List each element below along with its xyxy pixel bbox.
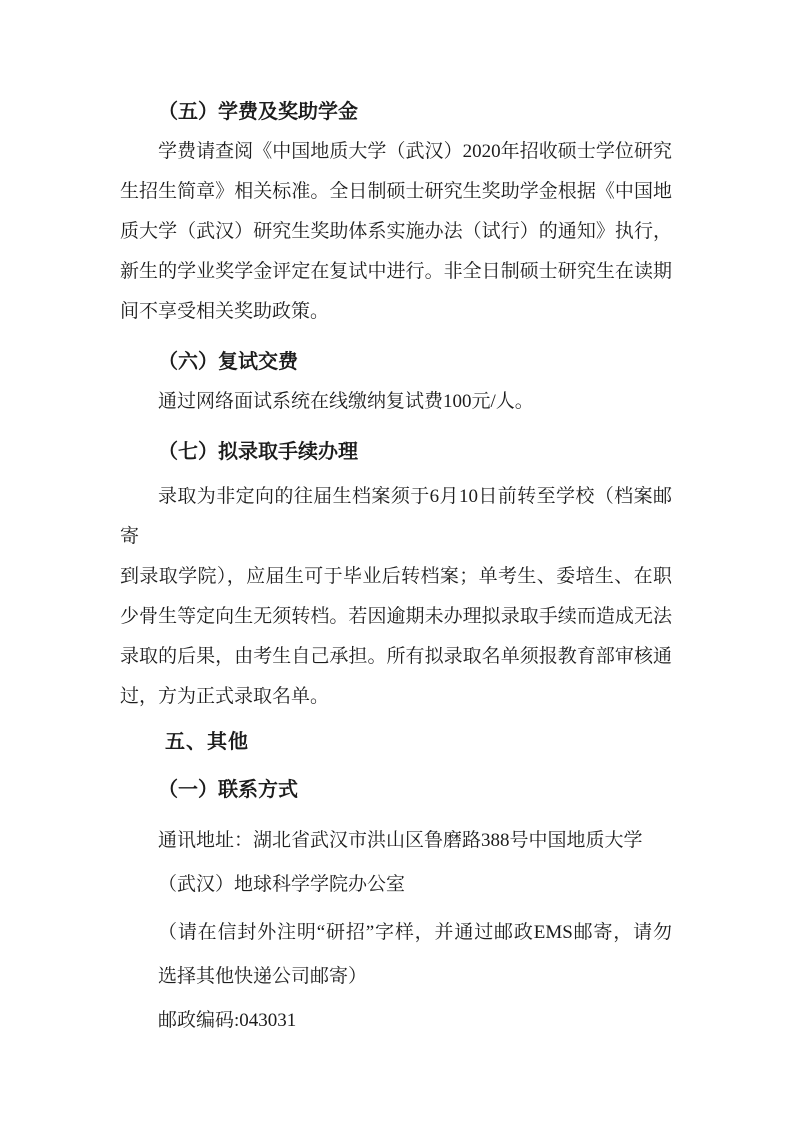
heading-admission-procedures: （七）拟录取手续办理	[120, 432, 672, 472]
text-line: 到录取学院），应届生可于毕业后转档案；单考生、委培生、在职	[120, 557, 672, 597]
paragraph-mailing-note: （请在信封外注明“研招”字样，并通过邮政EMS邮寄，请勿 选择其他快递公司邮寄）	[120, 911, 672, 999]
document-text-column: （五）学费及奖助学金 学费请查阅《中国地质大学（武汉）2020年招收硕士学位研究…	[120, 0, 672, 1043]
paragraph-tuition: 学费请查阅《中国地质大学（武汉）2020年招收硕士学位研究 生招生简章》相关标准…	[120, 132, 672, 332]
text-line: 新生的学业奖学金评定在复试中进行。非全日制硕士研究生在读期	[120, 252, 672, 292]
paragraph-mailing-address: 通讯地址：湖北省武汉市洪山区鲁磨路388号中国地质大学 （武汉）地球科学学院办公…	[120, 819, 672, 907]
text-line: 录取的后果，由考生自己承担。所有拟录取名单须报教育部审核通	[120, 637, 672, 677]
paragraph-admission-procedures: 录取为非定向的往届生档案须于6月10日前转至学校（档案邮寄 到录取学院），应届生…	[120, 477, 672, 717]
heading-contact-info: （一）联系方式	[120, 770, 672, 810]
text-line: （武汉）地球科学学院办公室	[120, 863, 672, 907]
text-line: 学费请查阅《中国地质大学（武汉）2020年招收硕士学位研究	[120, 132, 672, 172]
paragraph-retest-payment: 通过网络面试系统在线缴纳复试费100元/人。	[120, 382, 672, 422]
heading-retest-payment: （六）复试交费	[120, 342, 672, 382]
text-line: 过，方为正式录取名单。	[120, 677, 672, 717]
text-line: 质大学（武汉）研究生奖助体系实施办法（试行）的通知》执行，	[120, 212, 672, 252]
heading-others: 五、其他	[120, 722, 672, 762]
text-line: 通过网络面试系统在线缴纳复试费100元/人。	[120, 382, 672, 422]
text-line: 邮政编码:043031	[120, 999, 672, 1043]
text-line: （请在信封外注明“研招”字样，并通过邮政EMS邮寄，请勿	[120, 911, 672, 955]
heading-tuition-and-scholarship: （五）学费及奖助学金	[120, 92, 672, 132]
paragraph-postal-code: 邮政编码:043031	[120, 999, 672, 1043]
text-line: 生招生简章》相关标准。全日制硕士研究生奖助学金根据《中国地	[120, 172, 672, 212]
text-line: 少骨生等定向生无须转档。若因逾期未办理拟录取手续而造成无法	[120, 597, 672, 637]
text-line: 选择其他快递公司邮寄）	[120, 955, 672, 999]
document-page: （五）学费及奖助学金 学费请查阅《中国地质大学（武汉）2020年招收硕士学位研究…	[0, 0, 793, 1121]
text-line: 录取为非定向的往届生档案须于6月10日前转至学校（档案邮寄	[120, 477, 672, 557]
text-line: 通讯地址：湖北省武汉市洪山区鲁磨路388号中国地质大学	[120, 819, 672, 863]
text-line: 间不享受相关奖助政策。	[120, 292, 672, 332]
